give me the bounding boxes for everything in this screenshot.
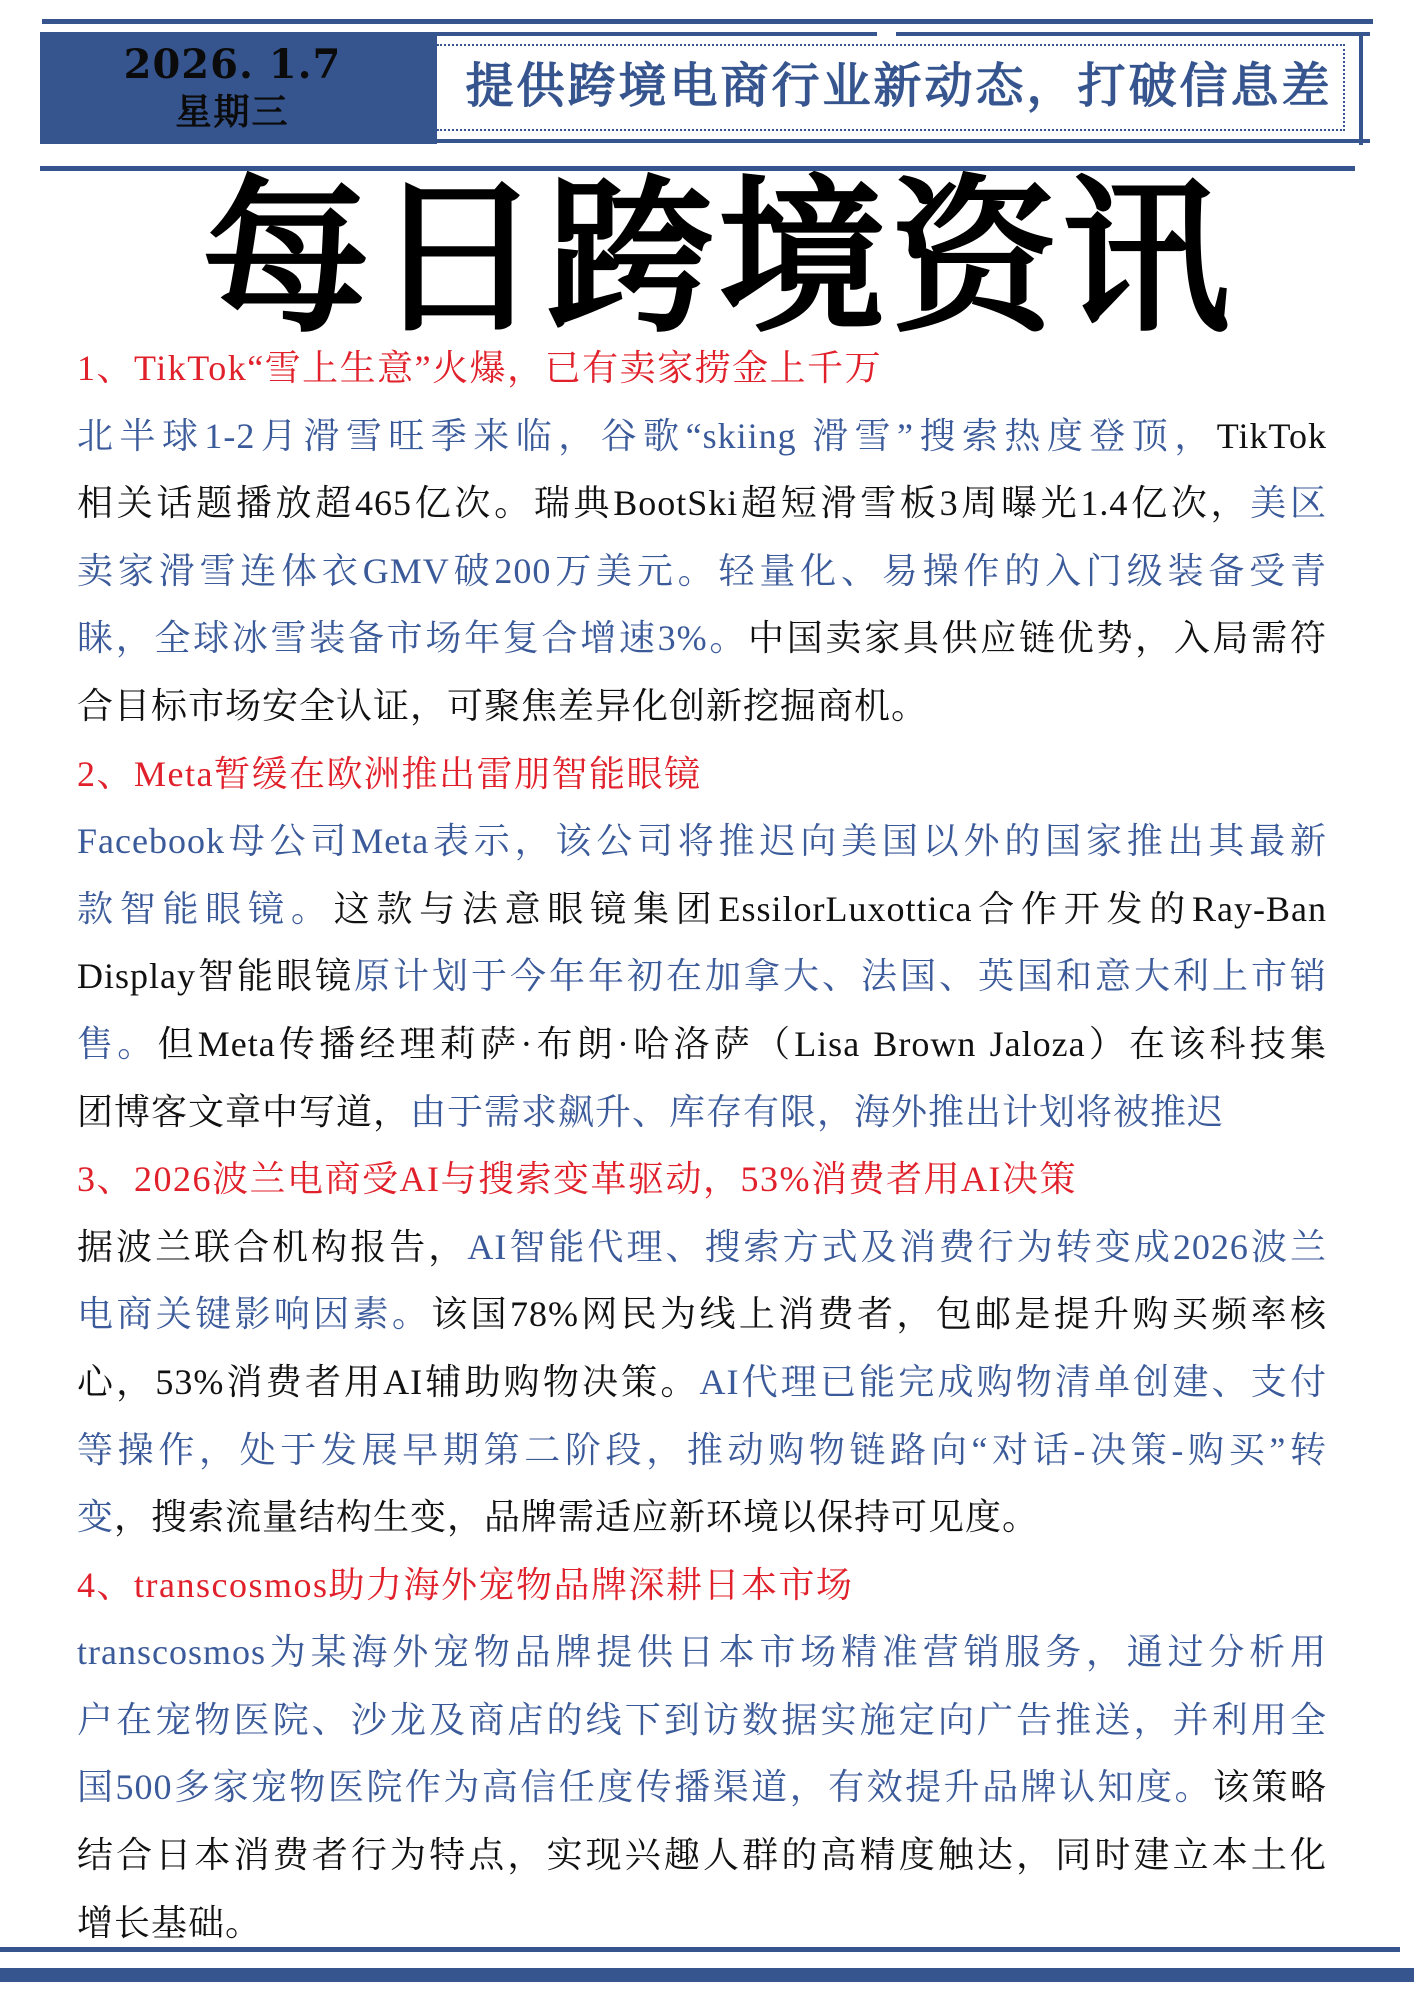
article-headline: 3、2026波兰电商受AI与搜索变革驱动，53%消费者用AI决策 (77, 1146, 1327, 1214)
article-body-line: 据波兰联合机构报告，AI智能代理、搜索方式及消费行为转变成2026波兰 (77, 1214, 1327, 1282)
article-body-line: 售。但Meta传播经理莉萨·布朗·哈洛萨（Lisa Brown Jaloza）在… (77, 1011, 1327, 1079)
highlighted-text: 美区 (1250, 483, 1327, 523)
article-body-line: 相关话题播放超465亿次。瑞典BootSki超短滑雪板3周曝光1.4亿次，美区 (77, 470, 1327, 538)
body-text: 但Meta传播经理莉萨·布朗·哈洛萨（Lisa Brown Jaloza）在该科… (157, 1024, 1327, 1064)
highlighted-text: 睐，全球冰雪装备市场年复合增速3%。 (77, 618, 748, 658)
highlighted-text: 变 (77, 1497, 114, 1537)
article-list: 1、TikTok“雪上生意”火爆，已有卖家捞金上千万北半球1-2月滑雪旺季来临，… (77, 335, 1327, 1957)
highlighted-text: 原计划于今年年初在加拿大、法国、英国和意大利上市销 (354, 956, 1327, 996)
article-body-line: 团博客文章中写道，由于需求飙升、库存有限，海外推出计划将被推迟 (77, 1079, 1327, 1147)
highlighted-text: 国500多家宠物医院作为高信任度传播渠道，有效提升品牌认知度。 (77, 1767, 1213, 1807)
article-body-line: 结合日本消费者行为特点，实现兴趣人群的高精度触达，同时建立本土化 (77, 1822, 1327, 1890)
footer-thin-rule (0, 1947, 1400, 1952)
highlighted-text: 售。 (77, 1024, 157, 1064)
article-body-line: transcosmos为某海外宠物品牌提供日本市场精准营销服务，通过分析用 (77, 1619, 1327, 1687)
highlighted-text: 款智能眼镜。 (77, 889, 334, 929)
masthead-title: 每日跨境资讯 (0, 168, 1414, 353)
highlighted-text: 北半球1-2月滑雪旺季来临，谷歌“skiing 滑雪”搜索热度登顶， (77, 416, 1217, 456)
highlighted-text: 卖家滑雪连体衣GMV破200万美元。轻量化、易操作的入门级装备受青 (77, 551, 1327, 591)
body-text: 相关话题播放超465亿次。瑞典BootSki超短滑雪板3周曝光1.4亿次， (77, 483, 1250, 523)
article-body-line: 北半球1-2月滑雪旺季来临，谷歌“skiing 滑雪”搜索热度登顶，TikTok (77, 403, 1327, 471)
article-body-line: Facebook母公司Meta表示，该公司将推迟向美国以外的国家推出其最新 (77, 808, 1327, 876)
highlighted-text: 电商关键影响因素。 (77, 1294, 431, 1334)
highlighted-text: 户在宠物医院、沙龙及商店的线下到访数据实施定向广告推送，并利用全 (77, 1700, 1327, 1740)
highlighted-text: transcosmos为某海外宠物品牌提供日本市场精准营销服务，通过分析用 (77, 1632, 1327, 1672)
body-text: 团博客文章中写道， (77, 1092, 410, 1132)
article-body-line: 合目标市场安全认证，可聚焦差异化创新挖掘商机。 (77, 673, 1327, 741)
body-text: 这款与法意眼镜集团EssilorLuxottica合作开发的Ray-Ban (334, 889, 1327, 929)
highlighted-text: 由于需求飙升、库存有限，海外推出计划将被推迟 (410, 1092, 1224, 1132)
article-headline: 2、Meta暂缓在欧洲推出雷朋智能眼镜 (77, 741, 1327, 809)
article-body-line: Display智能眼镜原计划于今年年初在加拿大、法国、英国和意大利上市销 (77, 943, 1327, 1011)
article-body-line: 变，搜索流量结构生变，品牌需适应新环境以保持可见度。 (77, 1484, 1327, 1552)
article-body-line: 款智能眼镜。这款与法意眼镜集团EssilorLuxottica合作开发的Ray-… (77, 876, 1327, 944)
body-text: ，搜索流量结构生变，品牌需适应新环境以保持可见度。 (114, 1497, 1039, 1537)
article-body-line: 电商关键影响因素。该国78%网民为线上消费者，包邮是提升购买频率核 (77, 1281, 1327, 1349)
article-item: 2、Meta暂缓在欧洲推出雷朋智能眼镜Facebook母公司Meta表示，该公司… (77, 741, 1327, 1147)
top-rule (42, 19, 1373, 24)
header-bottom-border (437, 139, 1370, 143)
issue-date: 2026. 1.7 (40, 42, 425, 88)
article-body-line: 户在宠物医院、沙龙及商店的线下到访数据实施定向广告推送，并利用全 (77, 1687, 1327, 1755)
body-text: 增长基础。 (77, 1903, 262, 1943)
article-headline: 1、TikTok“雪上生意”火爆，已有卖家捞金上千万 (77, 335, 1327, 403)
body-text: 该策略 (1213, 1767, 1327, 1807)
header-top-border-right (896, 32, 1370, 36)
footer-thick-band (0, 1968, 1414, 1982)
article-item: 1、TikTok“雪上生意”火爆，已有卖家捞金上千万北半球1-2月滑雪旺季来临，… (77, 335, 1327, 741)
article-item: 3、2026波兰电商受AI与搜索变革驱动，53%消费者用AI决策据波兰联合机构报… (77, 1146, 1327, 1552)
body-text: 合目标市场安全认证，可聚焦差异化创新挖掘商机。 (77, 686, 928, 726)
body-text: 中国卖家具供应链优势，入局需符 (748, 618, 1327, 658)
header-top-border-left (437, 32, 877, 36)
body-text: TikTok (1217, 416, 1327, 456)
highlighted-text: Facebook母公司Meta表示，该公司将推迟向美国以外的国家推出其最新 (77, 821, 1327, 861)
body-text: 心，53%消费者用AI辅助购物决策。 (77, 1362, 699, 1402)
body-text: 该国78%网民为线上消费者，包邮是提升购买频率核 (431, 1294, 1327, 1334)
article-body-line: 卖家滑雪连体衣GMV破200万美元。轻量化、易操作的入门级装备受青 (77, 538, 1327, 606)
article-body-line: 睐，全球冰雪装备市场年复合增速3%。中国卖家具供应链优势，入局需符 (77, 605, 1327, 673)
issue-weekday: 星期三 (40, 90, 425, 136)
date-panel: 2026. 1.7 星期三 (40, 32, 437, 144)
highlighted-text: 等操作，处于发展早期第二阶段，推动购物链路向“对话-决策-购买”转 (77, 1430, 1327, 1470)
article-item: 4、transcosmos助力海外宠物品牌深耕日本市场transcosmos为某… (77, 1552, 1327, 1958)
article-body-line: 心，53%消费者用AI辅助购物决策。AI代理已能完成购物清单创建、支付 (77, 1349, 1327, 1417)
body-text: 结合日本消费者行为特点，实现兴趣人群的高精度触达，同时建立本土化 (77, 1835, 1327, 1875)
body-text: 据波兰联合机构报告， (77, 1227, 467, 1267)
article-body-line: 等操作，处于发展早期第二阶段，推动购物链路向“对话-决策-购买”转 (77, 1417, 1327, 1485)
tagline: 提供跨境电商行业新动态，打破信息差 (437, 52, 1361, 122)
highlighted-text: AI代理已能完成购物清单创建、支付 (699, 1362, 1327, 1402)
body-text: Display智能眼镜 (77, 956, 354, 996)
article-headline: 4、transcosmos助力海外宠物品牌深耕日本市场 (77, 1552, 1327, 1620)
highlighted-text: AI智能代理、搜索方式及消费行为转变成2026波兰 (467, 1227, 1327, 1267)
article-body-line: 国500多家宠物医院作为高信任度传播渠道，有效提升品牌认知度。该策略 (77, 1754, 1327, 1822)
